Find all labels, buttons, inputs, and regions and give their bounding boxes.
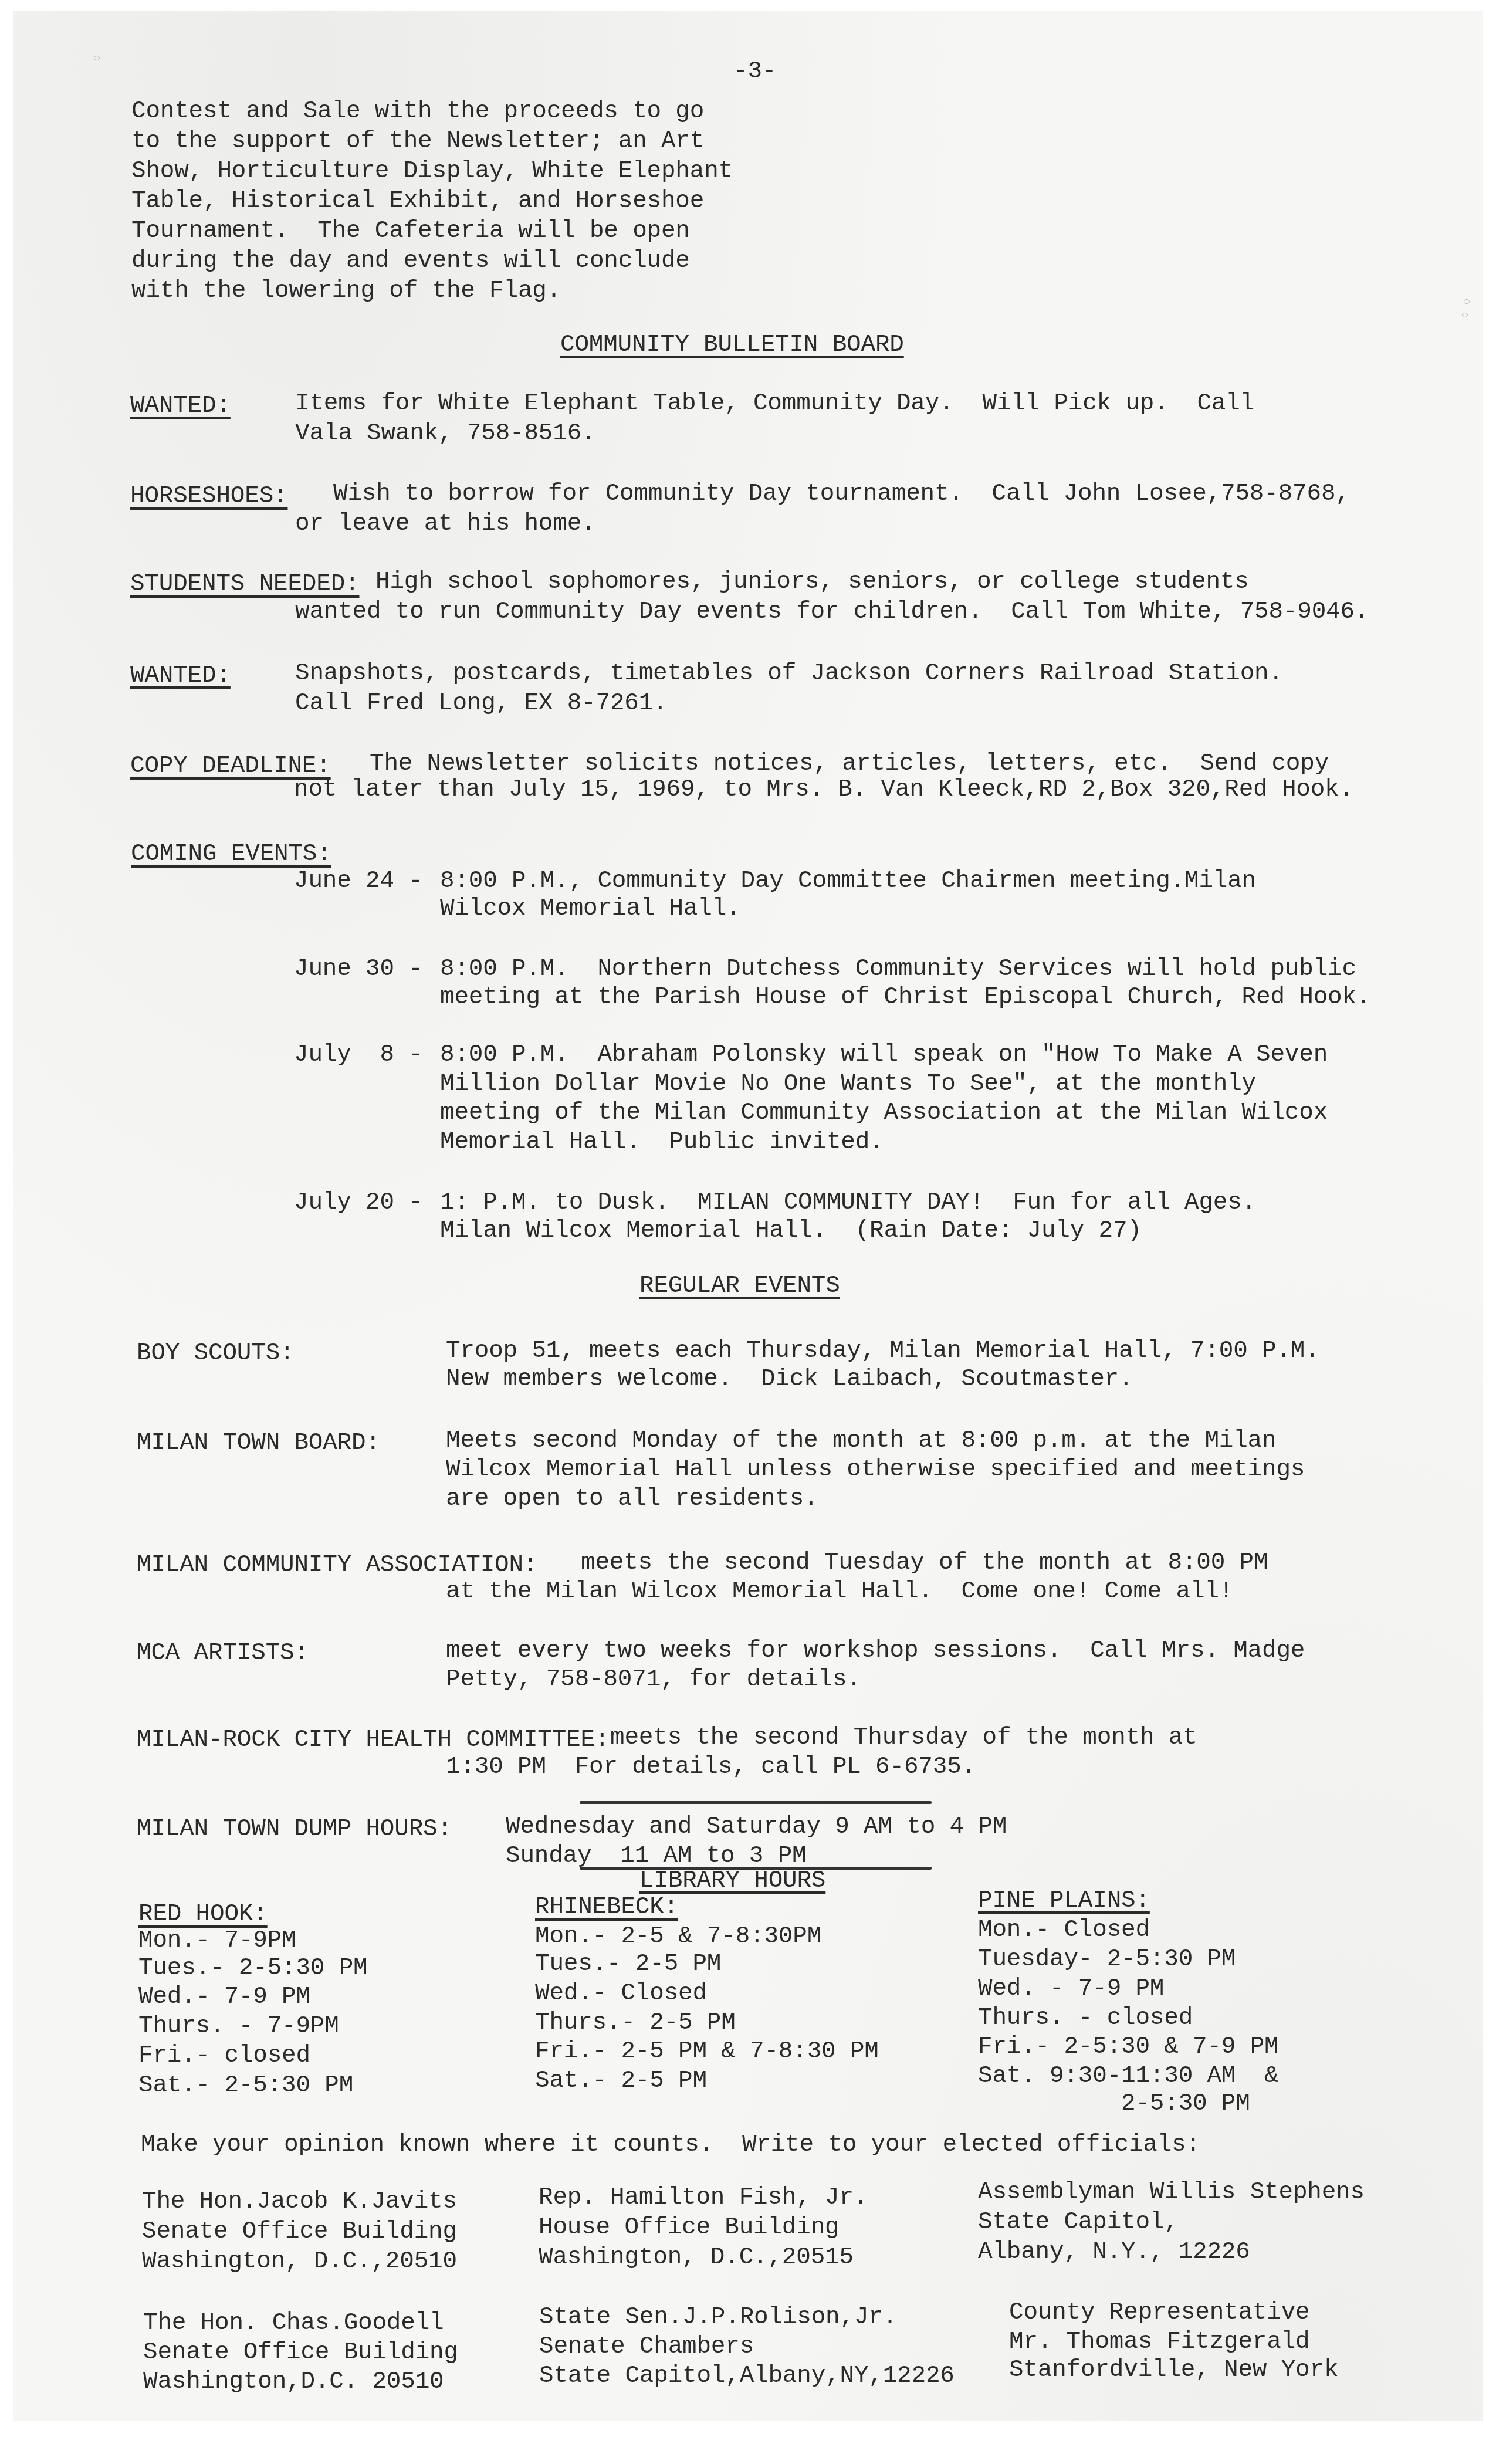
event-text: meeting at the Parish House of Christ Ep…: [440, 986, 1370, 1010]
paragraph-line: Table, Historical Exhibit, and Horseshoe: [131, 189, 704, 214]
regular-event-label: MILAN TOWN BOARD:: [137, 1431, 380, 1456]
rule-line: [580, 1801, 932, 1804]
regular-event-text: 1:30 PM For details, call PL 6-6735.: [446, 1755, 976, 1779]
bulletin-text: Items for White Elephant Table, Communit…: [295, 392, 1254, 416]
paragraph-line: with the lowering of the Flag.: [131, 279, 561, 303]
event-text: Milan Wilcox Memorial Hall. (Rain Date: …: [440, 1219, 1142, 1243]
paper-speck: [94, 56, 100, 60]
regular-event-text: Troop 51, meets each Thursday, Milan Mem…: [446, 1339, 1319, 1363]
library-hours-row: Wed.- 7-9 PM: [138, 1985, 310, 2009]
regular-event-text: meets the second Tuesday of the month at…: [581, 1551, 1268, 1575]
event-text: 8:00 P.M., Community Day Committee Chair…: [440, 869, 1256, 893]
paragraph-line: Contest and Sale with the proceeds to go: [131, 100, 704, 124]
library-hours-row: Tues.- 2-5 PM: [535, 1952, 721, 1976]
paragraph-line: during the day and events will conclude: [131, 249, 690, 273]
address-line: State Capitol,Albany,NY,12226: [539, 2364, 955, 2388]
bulletin-text: wanted to run Community Day events for c…: [295, 600, 1369, 624]
address-line: State Capitol,: [978, 2211, 1179, 2235]
bulletin-label: WANTED:: [130, 664, 231, 688]
library-hours-row: Mon.- 7-9PM: [138, 1929, 296, 1953]
address-line: County Representative: [1009, 2301, 1309, 2325]
section-heading: LIBRARY HOURS: [639, 1869, 825, 1893]
address-line: Washington,D.C. 20510: [143, 2370, 444, 2394]
address-line: Rep. Hamilton Fish, Jr.: [539, 2186, 868, 2210]
regular-event-label: MCA ARTISTS:: [137, 1641, 309, 1666]
regular-event-text: Wilcox Memorial Hall unless otherwise sp…: [446, 1458, 1305, 1482]
bulletin-text: or leave at his home.: [295, 512, 595, 536]
address-line: Senate Office Building: [142, 2220, 457, 2244]
library-hours-row: Fri.- 2-5 PM & 7-8:30 PM: [535, 2040, 879, 2064]
section-heading: COMING EVENTS:: [131, 842, 331, 867]
event-text: Memorial Hall. Public invited.: [440, 1131, 884, 1155]
officials-intro: Make your opinion known where it counts.…: [141, 2133, 1200, 2157]
page-number: -3-: [733, 60, 776, 84]
library-name: RHINEBECK:: [535, 1896, 678, 1920]
paper-speck: [1462, 313, 1468, 317]
bulletin-text: Call Fred Long, EX 8-7261.: [295, 692, 668, 716]
event-text: Million Dollar Movie No One Wants To See…: [440, 1072, 1256, 1096]
regular-event-text: are open to all residents.: [446, 1487, 818, 1511]
event-text: 1: P.M. to Dusk. MILAN COMMUNITY DAY! Fu…: [440, 1191, 1256, 1215]
bulletin-text: not later than July 15, 1969, to Mrs. B.…: [294, 778, 1353, 802]
library-hours-row: Mon.- 2-5 & 7-8:30PM: [535, 1925, 821, 1949]
bulletin-text: Snapshots, postcards, timetables of Jack…: [295, 662, 1283, 686]
regular-event-label: MILAN-ROCK CITY HEALTH COMMITTEE:: [137, 1728, 609, 1752]
paper-speck: [1464, 299, 1470, 304]
section-heading: COMMUNITY BULLETIN BOARD: [560, 333, 904, 357]
library-hours-row: Wed. - 7-9 PM: [978, 1977, 1164, 2001]
paragraph-line: Show, Horticulture Display, White Elepha…: [131, 160, 733, 184]
event-text: Wilcox Memorial Hall.: [440, 897, 740, 921]
library-name: RED HOOK:: [138, 1903, 268, 1927]
address-line: Albany, N.Y., 12226: [978, 2240, 1250, 2265]
event-text: meeting of the Milan Community Associati…: [440, 1101, 1328, 1125]
library-hours-row: Tues.- 2-5:30 PM: [138, 1957, 367, 1981]
library-hours-row: Thurs. - closed: [978, 2006, 1193, 2030]
event-date: July 20 -: [294, 1191, 423, 1215]
library-hours-row: Sat.- 2-5:30 PM: [138, 2074, 353, 2098]
regular-event-text: Meets second Monday of the month at 8:00…: [446, 1429, 1276, 1453]
address-line: House Office Building: [539, 2216, 839, 2240]
regular-event-text: Petty, 758-8071, for details.: [446, 1668, 861, 1692]
bulletin-label: WANTED:: [130, 394, 231, 418]
regular-event-label: MILAN TOWN DUMP HOURS:: [137, 1817, 452, 1842]
paragraph-line: to the support of the Newsletter; an Art: [131, 130, 704, 154]
section-heading: REGULAR EVENTS: [639, 1274, 840, 1298]
bulletin-label: STUDENTS NEEDED:: [130, 573, 359, 597]
regular-event-text: meet every two weeks for workshop sessio…: [446, 1639, 1305, 1663]
address-line: The Hon.Jacob K.Javits: [142, 2190, 457, 2214]
address-line: State Sen.J.P.Rolison,Jr.: [539, 2306, 897, 2330]
library-hours-row: Fri.- 2-5:30 & 7-9 PM: [978, 2035, 1278, 2059]
library-hours-row: 2-5:30 PM: [978, 2092, 1250, 2116]
regular-event-text: at the Milan Wilcox Memorial Hall. Come …: [446, 1580, 1233, 1604]
bulletin-text: The Newsletter solicits notices, article…: [370, 752, 1329, 776]
library-hours-row: Mon.- Closed: [978, 1918, 1150, 1942]
event-date: June 24 -: [294, 869, 423, 893]
library-hours-row: Tuesday- 2-5:30 PM: [978, 1948, 1236, 1972]
address-line: Senate Office Building: [143, 2341, 458, 2365]
address-line: Senate Chambers: [539, 2335, 754, 2359]
library-hours-row: Sat.- 2-5 PM: [535, 2069, 707, 2093]
regular-event-text: meets the second Thursday of the month a…: [610, 1726, 1197, 1750]
regular-event-text: Sunday 11 AM to 3 PM: [506, 1844, 806, 1869]
event-text: 8:00 P.M. Northern Dutchess Community Se…: [440, 957, 1356, 981]
regular-event-label: BOY SCOUTS:: [137, 1342, 294, 1366]
address-line: The Hon. Chas.Goodell: [143, 2311, 444, 2336]
address-line: Assemblyman Willis Stephens: [978, 2181, 1365, 2205]
library-hours-row: Thurs.- 2-5 PM: [535, 2011, 736, 2035]
event-date: July 8 -: [294, 1043, 423, 1067]
library-name: PINE PLAINS:: [978, 1889, 1150, 1913]
library-hours-row: Sat. 9:30-11:30 AM &: [978, 2064, 1278, 2089]
library-hours-row: Fri.- closed: [138, 2044, 310, 2068]
paragraph-line: Tournament. The Cafeteria will be open: [131, 219, 690, 243]
address-line: Washington, D.C.,20515: [539, 2246, 854, 2270]
address-line: Washington, D.C.,20510: [142, 2250, 457, 2274]
library-hours-row: Thurs. - 7-9PM: [138, 2015, 339, 2039]
library-hours-row: Wed.- Closed: [535, 1982, 707, 2006]
bulletin-text: Vala Swank, 758-8516.: [295, 422, 595, 446]
regular-event-text: New members welcome. Dick Laibach, Scout…: [446, 1368, 1133, 1392]
event-date: June 30 -: [294, 957, 423, 981]
bulletin-text: Wish to borrow for Community Day tournam…: [333, 482, 1350, 506]
bulletin-label: COPY DEADLINE:: [130, 754, 331, 779]
bulletin-text: High school sophomores, juniors, seniors…: [375, 570, 1249, 594]
address-line: Stanfordville, New York: [1009, 2358, 1338, 2382]
bulletin-label: HORSESHOES:: [130, 485, 287, 509]
regular-event-text: Wednesday and Saturday 9 AM to 4 PM: [506, 1815, 1007, 1839]
event-text: 8:00 P.M. Abraham Polonsky will speak on…: [440, 1043, 1328, 1067]
regular-event-label: MILAN COMMUNITY ASSOCIATION:: [137, 1553, 537, 1578]
address-line: Mr. Thomas Fitzgerald: [1009, 2330, 1309, 2354]
